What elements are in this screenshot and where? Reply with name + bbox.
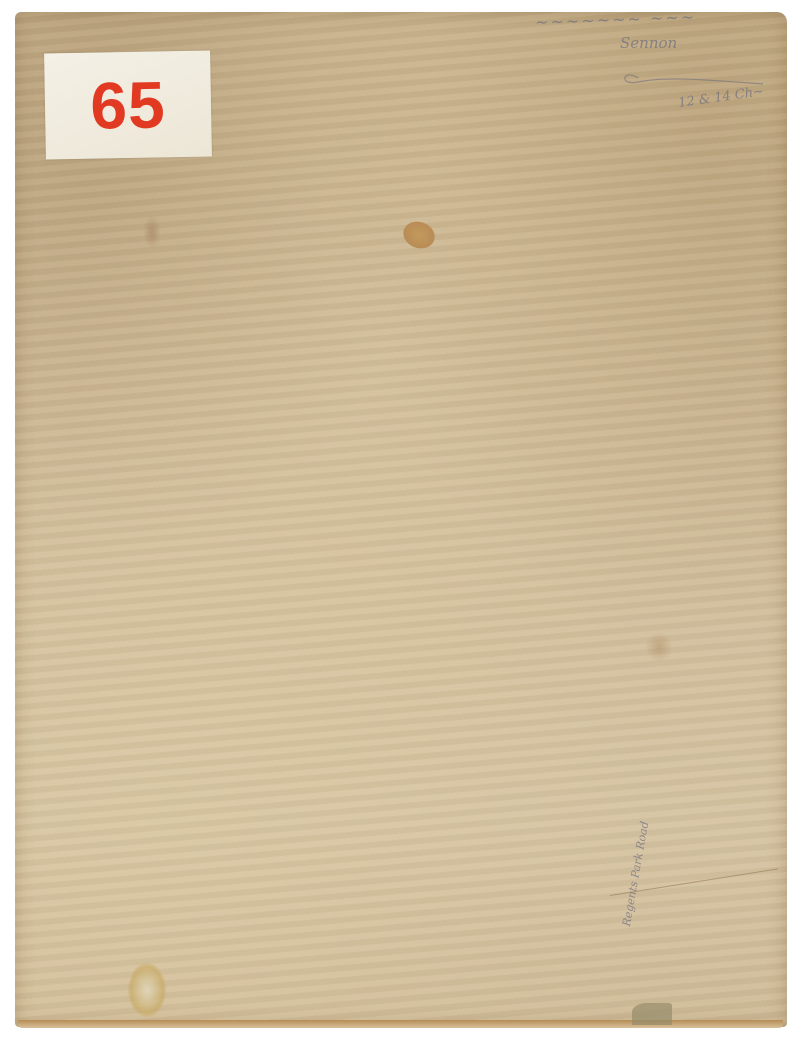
cardboard-backing xyxy=(15,12,787,1027)
torn-corner xyxy=(632,1003,672,1025)
stain-right xyxy=(645,632,673,662)
stain-left xyxy=(143,215,161,249)
stain-bottom-left xyxy=(128,963,166,1017)
number-label: 65 xyxy=(44,51,212,160)
pencil-inscription-2: Sennon xyxy=(620,34,677,52)
label-number: 65 xyxy=(44,51,212,160)
